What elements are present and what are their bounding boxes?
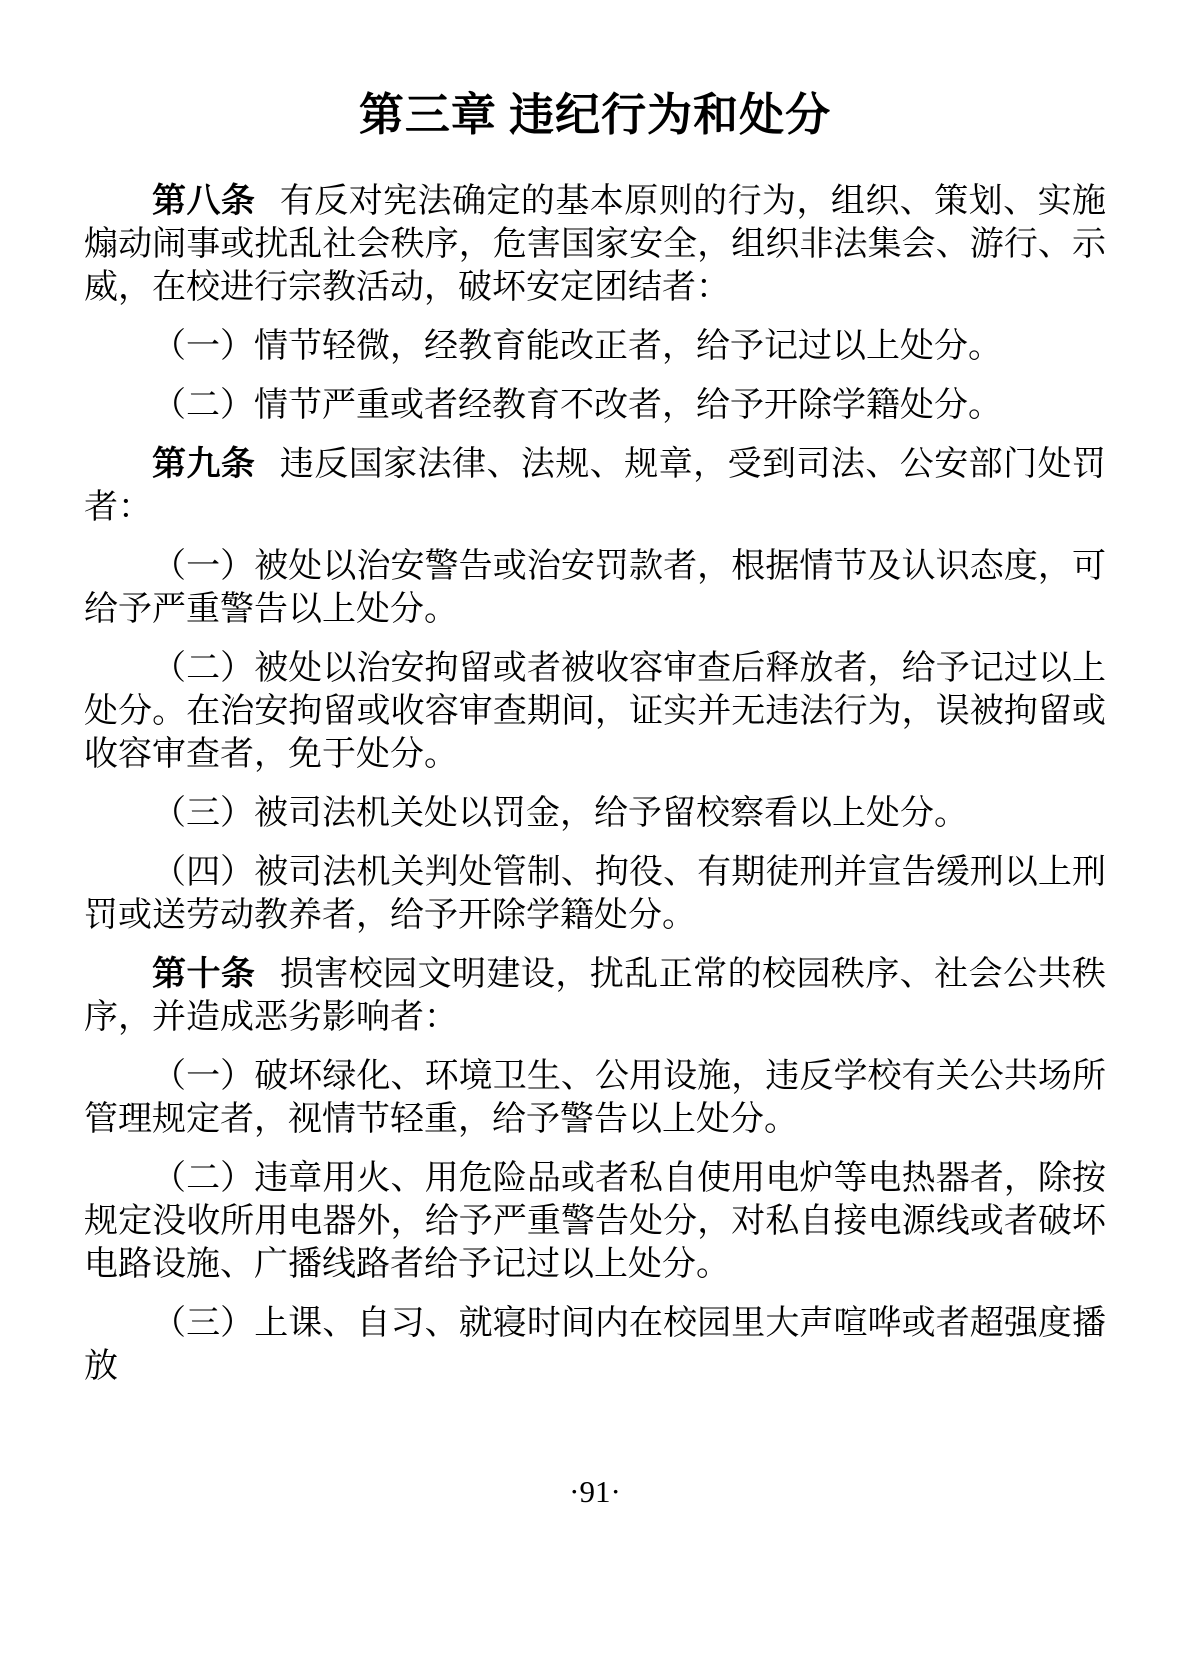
para-article-9-item-1: （一）被处以治安警告或治安罚款者，根据情节及认识态度，可给予严重警告以上处分。: [84, 545, 1106, 631]
page-number: ·91·: [0, 1473, 1190, 1511]
article-number: 第九条: [152, 446, 255, 483]
paragraph-text: （一）情节轻微，经教育能改正者，给予记过以上处分。: [152, 328, 1002, 365]
para-article-8: 第八条有反对宪法确定的基本原则的行为，组织、策划、实施煽动闹事或扰乱社会秩序，危…: [84, 180, 1106, 309]
paragraph-text: （三）被司法机关处以罚金，给予留校察看以上处分。: [152, 795, 968, 832]
para-article-9: 第九条违反国家法律、法规、规章，受到司法、公安部门处罚者：: [84, 443, 1106, 529]
para-article-9-item-4: （四）被司法机关判处管制、拘役、有期徒刑并宣告缓刑以上刑罚或送劳动教养者，给予开…: [84, 851, 1106, 937]
article-number: 第八条: [152, 183, 255, 220]
para-article-8-item-2: （二）情节严重或者经教育不改者，给予开除学籍处分。: [84, 384, 1106, 427]
paragraph-text: （三）上课、自习、就寝时间内在校园里大声喧哗或者超强度播放: [84, 1305, 1106, 1385]
paragraph-text: （二）违章用火、用危险品或者私自使用电炉等电热器者，除按规定没收所用电器外，给予…: [84, 1160, 1106, 1283]
para-article-9-item-2: （二）被处以治安拘留或者被收容审查后释放者，给予记过以上处分。在治安拘留或收容审…: [84, 647, 1106, 776]
para-article-10-item-3: （三）上课、自习、就寝时间内在校园里大声喧哗或者超强度播放: [84, 1302, 1106, 1388]
para-article-10-item-2: （二）违章用火、用危险品或者私自使用电炉等电热器者，除按规定没收所用电器外，给予…: [84, 1157, 1106, 1286]
paragraph-text: （二）被处以治安拘留或者被收容审查后释放者，给予记过以上处分。在治安拘留或收容审…: [84, 650, 1106, 773]
paragraph-text: （一）被处以治安警告或治安罚款者，根据情节及认识态度，可给予严重警告以上处分。: [84, 548, 1106, 628]
para-article-8-item-1: （一）情节轻微，经教育能改正者，给予记过以上处分。: [84, 325, 1106, 368]
paragraph-text: （四）被司法机关判处管制、拘役、有期徒刑并宣告缓刑以上刑罚或送劳动教养者，给予开…: [84, 854, 1106, 934]
para-article-10: 第十条损害校园文明建设，扰乱正常的校园秩序、社会公共秩序，并造成恶劣影响者：: [84, 953, 1106, 1039]
article-number: 第十条: [152, 956, 255, 993]
paragraph-text: （二）情节严重或者经教育不改者，给予开除学籍处分。: [152, 387, 1002, 424]
chapter-title: 第三章 违纪行为和处分: [84, 86, 1106, 144]
para-article-9-item-3: （三）被司法机关处以罚金，给予留校察看以上处分。: [84, 792, 1106, 835]
paragraph-text: （一）破坏绿化、环境卫生、公用设施，违反学校有关公共场所管理规定者，视情节轻重，…: [84, 1058, 1106, 1138]
para-article-10-item-1: （一）破坏绿化、环境卫生、公用设施，违反学校有关公共场所管理规定者，视情节轻重，…: [84, 1055, 1106, 1141]
document-page: 第三章 违纪行为和处分 第八条有反对宪法确定的基本原则的行为，组织、策划、实施煽…: [0, 0, 1190, 1670]
